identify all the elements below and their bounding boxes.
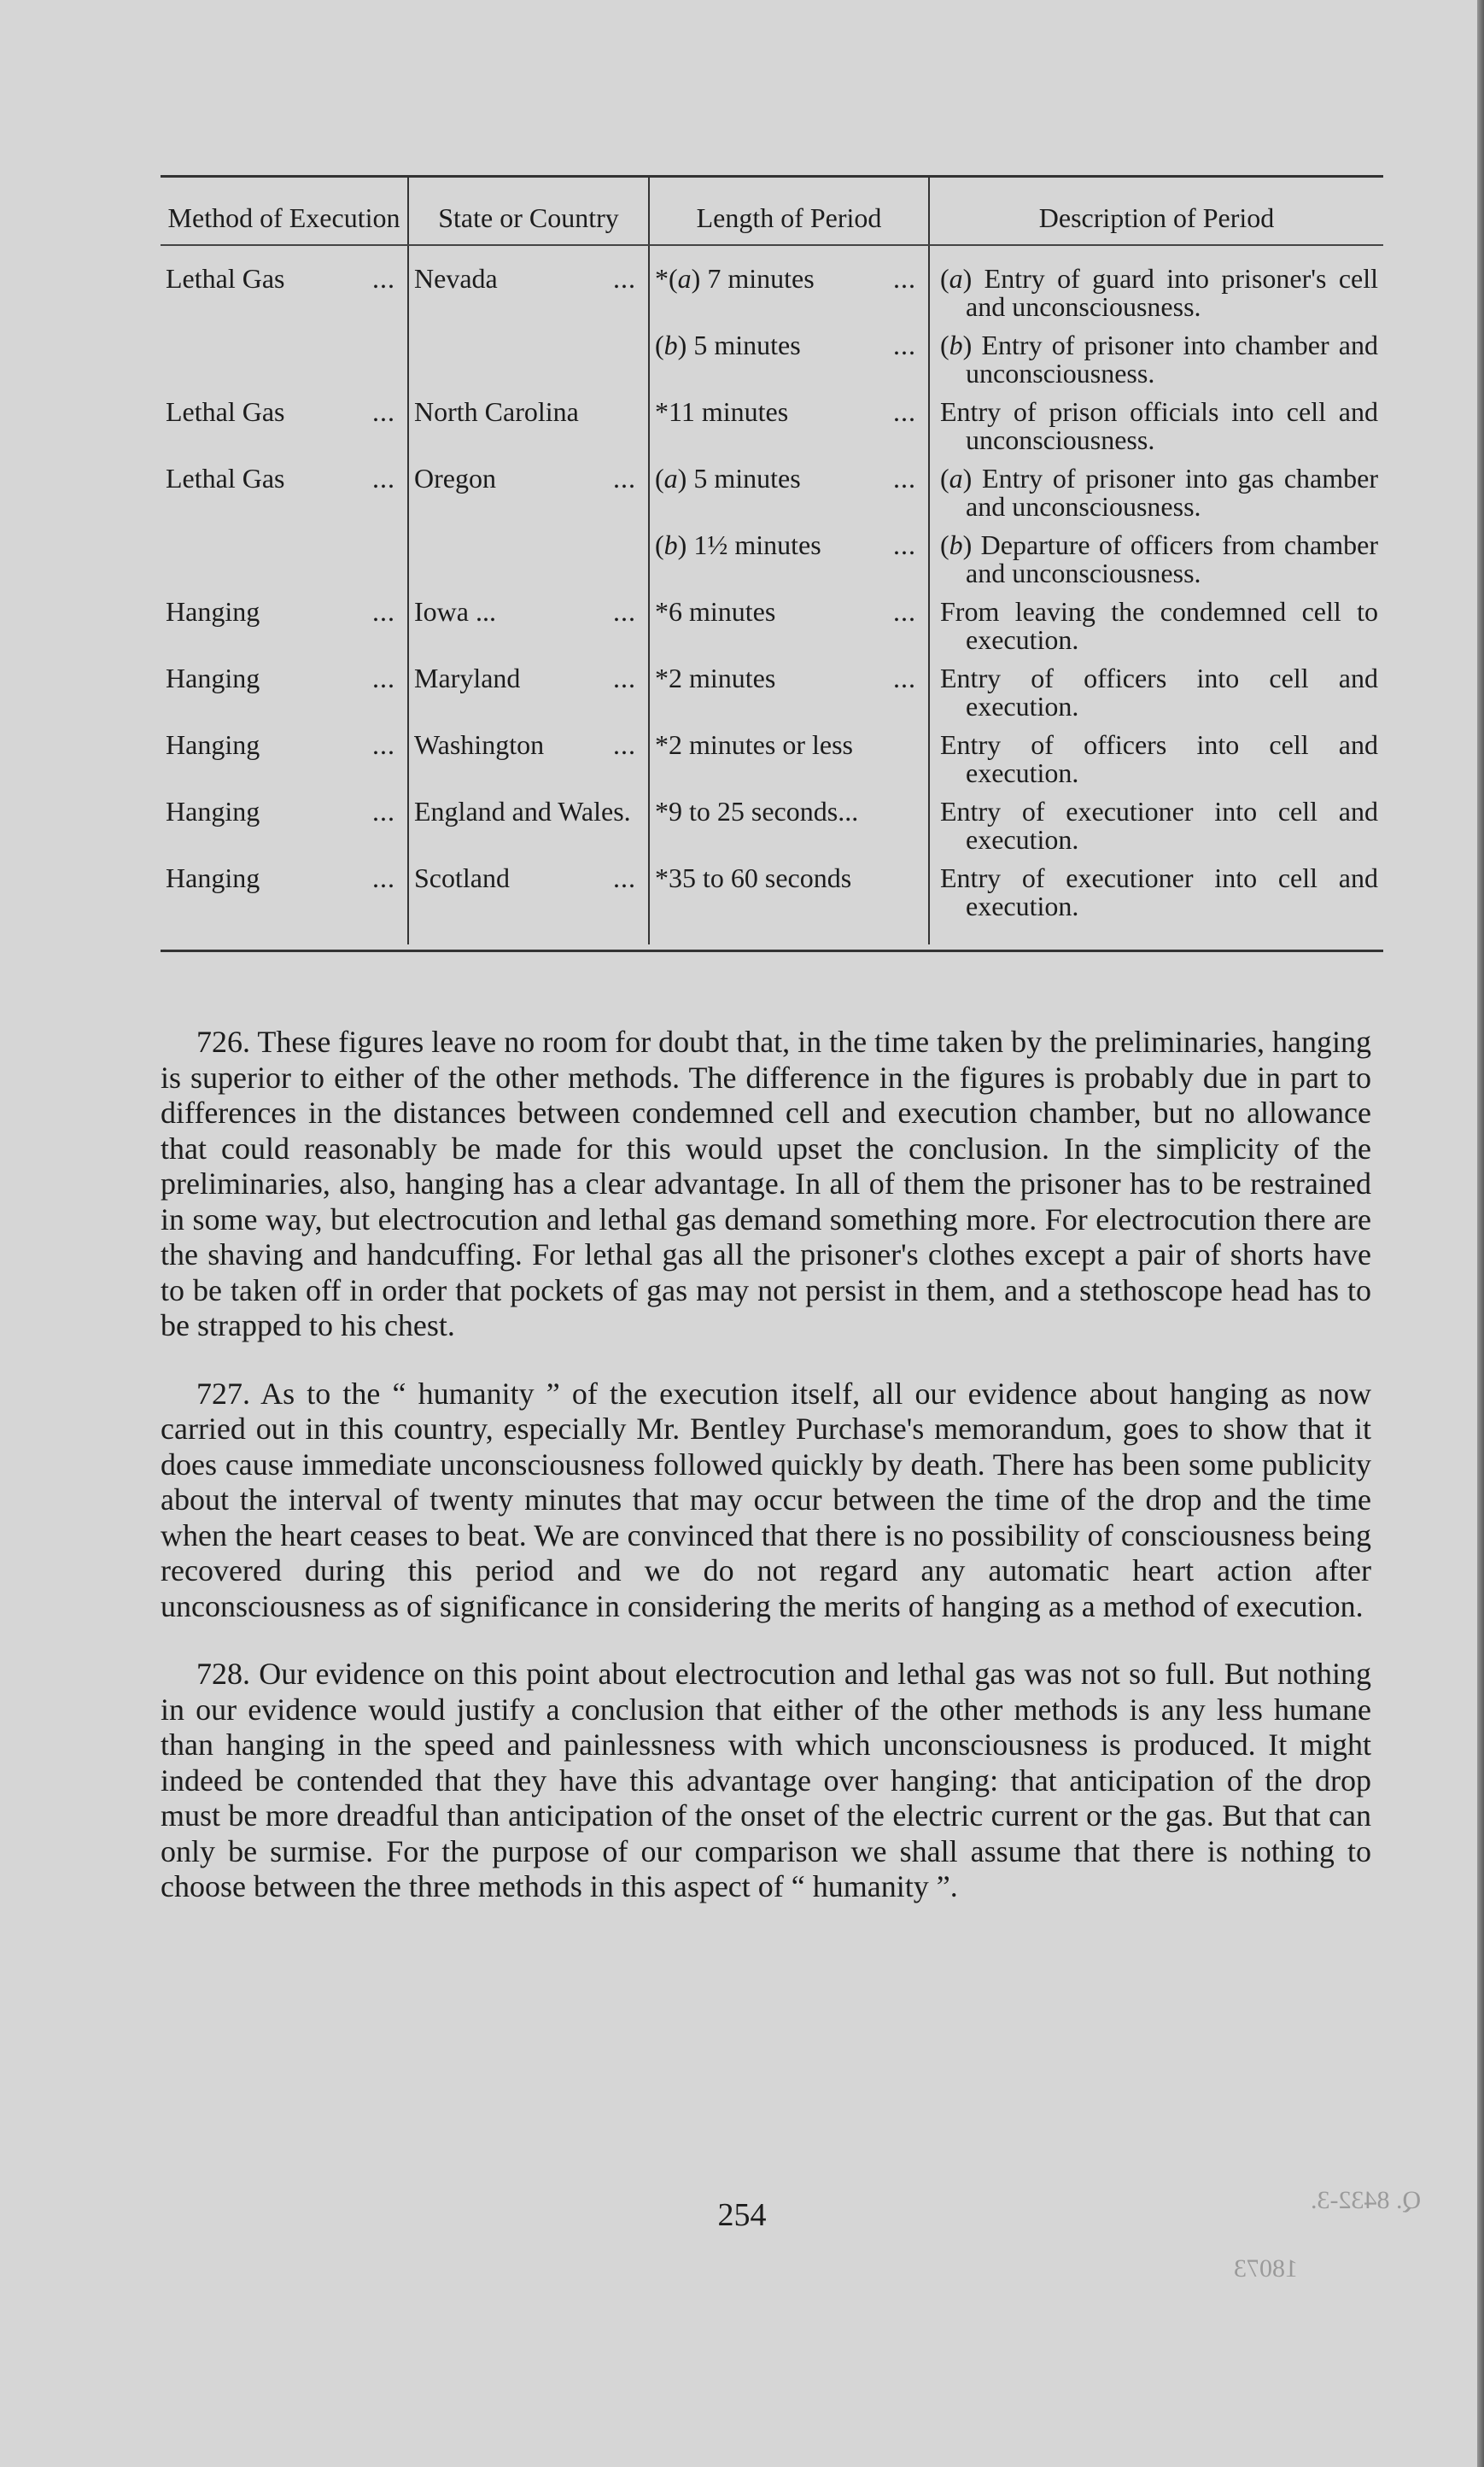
spacer-cell	[161, 321, 408, 331]
cell-length: (a) 5 minutes...	[649, 465, 929, 521]
cell-length: *35 to 60 seconds	[649, 864, 929, 944]
table-row: Lethal Gas...Nevada...*(a) 7 minutes...(…	[161, 245, 1383, 321]
table-row: Hanging...Washington...*2 minutes or les…	[161, 731, 1383, 787]
cell-state	[408, 331, 649, 388]
cell-description: (a) Entry of guard into prisoner's cell …	[929, 245, 1383, 321]
cell-method: Lethal Gas...	[161, 398, 408, 454]
cell-description: Entry of prison officials into cell and …	[929, 398, 1383, 454]
cell-method	[161, 531, 408, 588]
cell-state: Oregon...	[408, 465, 649, 521]
page-number: 254	[0, 2196, 1484, 2234]
cell-description: (b) Departure of officers from chamber a…	[929, 531, 1383, 588]
cell-description: From leaving the condemned cell to execu…	[929, 598, 1383, 654]
cell-method: Lethal Gas...	[161, 465, 408, 521]
cell-length: *11 minutes...	[649, 398, 929, 454]
cell-state: England and Wales.	[408, 798, 649, 854]
cell-description: (b) Entry of prisoner into chamber and u…	[929, 331, 1383, 388]
header-method: Method of Execution	[161, 178, 408, 245]
cell-length: *2 minutes...	[649, 664, 929, 721]
cell-method: Hanging...	[161, 664, 408, 721]
header-description: Description of Period	[929, 178, 1383, 245]
cell-description: (a) Entry of prisoner into gas chamber a…	[929, 465, 1383, 521]
cell-state: Washington...	[408, 731, 649, 787]
table-bottom-rule	[161, 950, 1383, 952]
table-body: Lethal Gas...Nevada...*(a) 7 minutes...(…	[161, 245, 1383, 944]
cell-length: *2 minutes or less	[649, 731, 929, 787]
cell-state: Scotland...	[408, 864, 649, 944]
cell-length: (b) 5 minutes...	[649, 331, 929, 388]
cell-state: Nevada...	[408, 245, 649, 321]
cell-method: Hanging...	[161, 731, 408, 787]
cell-state	[408, 531, 649, 588]
bleed-through-mark: 18073	[1234, 2254, 1298, 2283]
cell-method: Hanging...	[161, 598, 408, 654]
cell-description: Entry of officers into cell and executio…	[929, 664, 1383, 721]
paragraph-727: 727. As to the “ humanity ” of the execu…	[161, 1377, 1371, 1625]
cell-method: Hanging...	[161, 864, 408, 944]
table-row: Hanging...Iowa ......*6 minutes...From l…	[161, 598, 1383, 654]
cell-length: *6 minutes...	[649, 598, 929, 654]
cell-description: Entry of officers into cell and executio…	[929, 731, 1383, 787]
cell-length: (b) 1½ minutes...	[649, 531, 929, 588]
table-row: (b) 5 minutes...(b) Entry of prisoner in…	[161, 331, 1383, 388]
table-header-row: Method of Execution State or Country Len…	[161, 178, 1383, 245]
cell-description: Entry of executioner into cell and execu…	[929, 798, 1383, 854]
cell-description: Entry of executioner into cell and execu…	[929, 864, 1383, 944]
spacer-cell	[161, 521, 408, 531]
execution-period-table: Method of Execution State or Country Len…	[161, 175, 1383, 952]
table-row: Lethal Gas...Oregon...(a) 5 minutes...(a…	[161, 465, 1383, 521]
spacer-cell	[408, 321, 649, 331]
body-text: 726. These figures leave no room for dou…	[161, 1025, 1371, 1938]
cell-length: *9 to 25 seconds...	[649, 798, 929, 854]
table-row: Hanging...England and Wales.*9 to 25 sec…	[161, 798, 1383, 854]
cell-state: Maryland...	[408, 664, 649, 721]
paragraph-726: 726. These figures leave no room for dou…	[161, 1025, 1371, 1344]
table-row: Hanging...Scotland...*35 to 60 secondsEn…	[161, 864, 1383, 944]
table-row: (b) 1½ minutes...(b) Departure of office…	[161, 531, 1383, 588]
table-row: Hanging...Maryland...*2 minutes...Entry …	[161, 664, 1383, 721]
header-state: State or Country	[408, 178, 649, 245]
cell-method: Hanging...	[161, 798, 408, 854]
cell-state: North Carolina	[408, 398, 649, 454]
bleed-through-mark: Q. 8432-3.	[1311, 2186, 1421, 2215]
paragraph-728: 728. Our evidence on this point about el…	[161, 1657, 1371, 1905]
spacer-cell	[408, 521, 649, 531]
cell-method: Lethal Gas...	[161, 245, 408, 321]
page-edge	[1477, 0, 1484, 2467]
cell-method	[161, 331, 408, 388]
cell-length: *(a) 7 minutes...	[649, 245, 929, 321]
header-length: Length of Period	[649, 178, 929, 245]
cell-state: Iowa ......	[408, 598, 649, 654]
table-row: Lethal Gas...North Carolina*11 minutes..…	[161, 398, 1383, 454]
